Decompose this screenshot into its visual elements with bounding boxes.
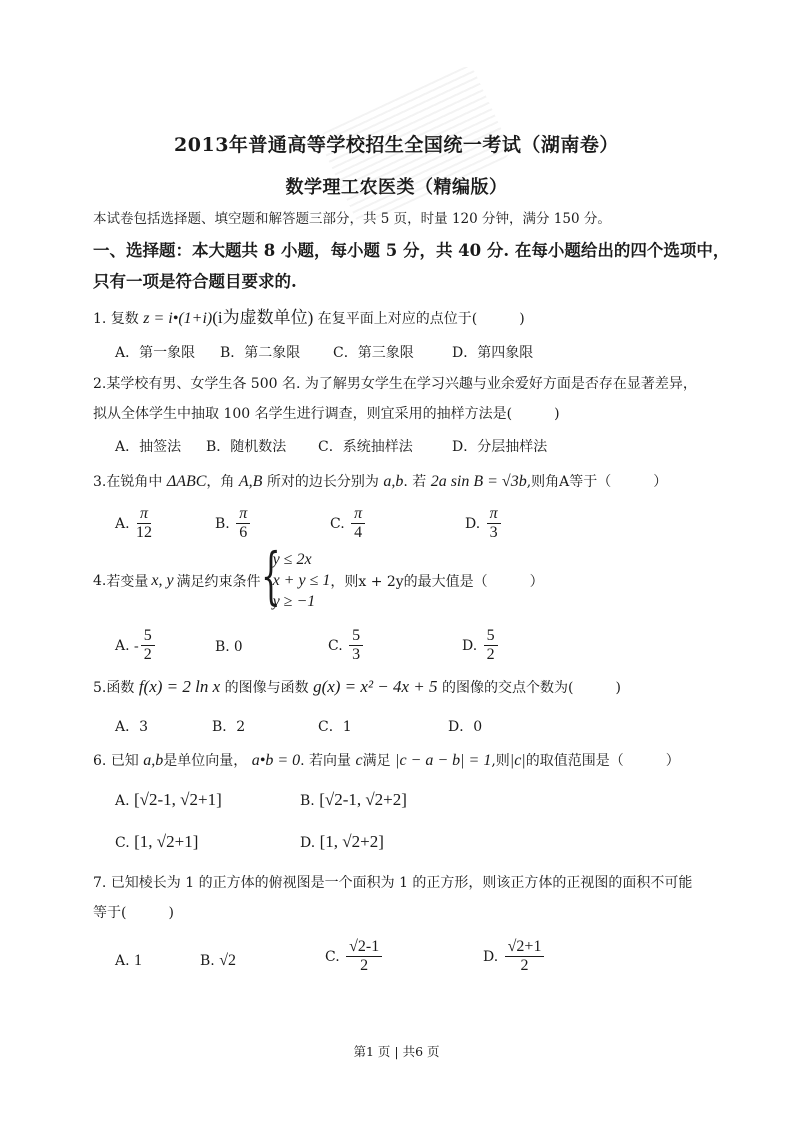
- fraction: √2+12: [505, 938, 545, 976]
- denominator: 3: [352, 646, 360, 664]
- question-7-line2: 等于( ): [93, 902, 174, 922]
- exam-page: 2013年普通高等学校招生全国统一考试（湖南卷） 数学理工农医类（精编版） 本试…: [0, 0, 793, 1122]
- question-text: 满足约束条件: [177, 571, 261, 591]
- question-text: ，角: [206, 474, 234, 490]
- math-expression: 2a sin B = √3b: [431, 473, 527, 490]
- q4-option-d: D. 52: [462, 627, 500, 665]
- question-2-line1: 2.某学校有男、女学生各 500 名. 为了解男女学生在学习兴趣与业余爱好方面是…: [93, 373, 697, 393]
- option-label: C.: [115, 835, 130, 851]
- question-3: 3.在锐角中 ΔABC，角 A,B 所对的边长分别为 a,b. 若 2a sin…: [93, 471, 667, 491]
- question-6: 6. 已知 a,b是单位向量， a•b = 0. 若向量 c满足 |c − a …: [93, 750, 680, 770]
- q5-option-b: B．2: [212, 716, 245, 736]
- question-text: 在复平面上对应的点位于( ): [318, 311, 525, 327]
- exam-title: 2013年普通高等学校招生全国统一考试（湖南卷）: [0, 130, 793, 157]
- fraction: √2-12: [346, 938, 382, 976]
- constraint: y ≤ 2x: [273, 549, 331, 570]
- denominator: 2: [487, 646, 495, 664]
- section-heading-line1: 一、选择题：本大题共 8 小题，每小题 5 分，共 40 分. 在每小题给出的四…: [93, 237, 729, 261]
- question-text: 所对的边长分别为: [267, 474, 379, 490]
- question-text: 的图像的交点个数为( ): [442, 680, 621, 696]
- math-expression: g(x) = x² − 4x + 5: [313, 677, 437, 696]
- question-text: 是单位向量，: [163, 753, 247, 769]
- q7-option-a: A. 1: [115, 952, 142, 970]
- denominator: 2: [521, 957, 529, 975]
- math-expression: z = i•(1+i): [143, 310, 212, 327]
- question-4: 4.若变量 x, y 满足约束条件 { y ≤ 2x x + y ≤ 1 y ≥…: [93, 549, 544, 612]
- option-label: D.: [462, 638, 477, 654]
- question-7-line1: 7. 已知棱长为 1 的正方体的俯视图是一个面积为 1 的正方形，则该正方体的正…: [93, 872, 692, 892]
- q2-option-a: A．抽签法: [115, 436, 181, 456]
- q6-option-b: B. [√2-1, √2+2]: [300, 790, 407, 810]
- question-text: 函数: [106, 680, 134, 696]
- math-expression: c: [355, 752, 362, 769]
- numerator: 5: [349, 627, 363, 646]
- question-number: 5.: [93, 680, 106, 696]
- numerator: π: [236, 505, 250, 524]
- question-text: 已知棱长为 1 的正方体的俯视图是一个面积为 1 的正方形，则该正方体的正视图的…: [111, 875, 693, 891]
- math-expression: |c − a − b| = 1: [395, 752, 491, 769]
- option-label: C.: [330, 516, 345, 532]
- denominator: 2: [144, 646, 152, 664]
- fraction: 52: [484, 627, 498, 665]
- question-text: ，则x + 2y的最大值是（ ）: [330, 571, 543, 591]
- q1-option-b: B．第二象限: [220, 342, 300, 362]
- q5-option-a: A．3: [115, 716, 148, 736]
- question-number: 6.: [93, 753, 106, 769]
- left-brace-icon: {: [261, 545, 281, 607]
- denominator: 12: [136, 524, 152, 542]
- question-number: 3.: [93, 474, 106, 490]
- option-value: [√2-1, √2+2]: [319, 790, 407, 809]
- fraction: π6: [236, 505, 250, 543]
- question-text: 的图像与函数: [225, 680, 309, 696]
- q4-option-a: A. -52: [115, 627, 157, 665]
- question-number: 2.: [93, 376, 106, 392]
- q3-option-a: A. π12: [115, 505, 154, 543]
- denominator: 4: [354, 524, 362, 542]
- option-value: 0: [234, 638, 242, 655]
- exam-subtitle: 数学理工农医类（精编版）: [0, 173, 793, 199]
- fraction: 52: [141, 627, 155, 665]
- math-expression: ΔABC: [167, 473, 207, 490]
- exam-intro: 本试卷包括选择题、填空题和解答题三部分，共 5 页，时量 120 分钟，满分 1…: [93, 207, 611, 227]
- question-text: ,则角A等于（ ）: [527, 474, 668, 490]
- fraction: π4: [351, 505, 365, 543]
- math-expression: a,b: [383, 473, 403, 490]
- math-expression: x, y: [151, 572, 173, 590]
- option-value: 1: [134, 952, 142, 969]
- fraction: π3: [487, 505, 501, 543]
- numerator: π: [351, 505, 365, 524]
- option-value: [1, √2+2]: [320, 832, 384, 851]
- q1-option-d: D．第四象限: [452, 342, 533, 362]
- q7-option-b: B. √2: [200, 952, 236, 970]
- question-text: 某学校有男、女学生各 500 名. 为了解男女学生在学习兴趣与业余爱好方面是否存…: [106, 376, 697, 392]
- question-text: 的取值范围是（ ）: [526, 753, 680, 769]
- option-label: A.: [115, 953, 130, 969]
- q2-option-b: B．随机数法: [206, 436, 286, 456]
- q6-option-c: C. [1, √2+1]: [115, 832, 198, 852]
- option-value: [√2-1, √2+1]: [134, 790, 222, 809]
- denominator: 2: [360, 957, 368, 975]
- question-text: 若变量: [106, 571, 148, 591]
- denominator: 6: [239, 524, 247, 542]
- math-expression: A,B: [239, 473, 263, 490]
- q7-option-c: C. √2-12: [325, 938, 384, 976]
- math-expression: |c|: [510, 752, 526, 769]
- question-text: 在锐角中: [106, 474, 162, 490]
- q6-option-d: D. [1, √2+2]: [300, 832, 384, 852]
- q2-option-c: C．系统抽样法: [318, 436, 413, 456]
- constraint: x + y ≤ 1: [273, 570, 331, 591]
- math-expression: a,b: [143, 752, 163, 769]
- q2-option-d: D．分层抽样法: [452, 436, 547, 456]
- q4-option-c: C. 53: [328, 627, 365, 665]
- option-label: A.: [115, 793, 130, 809]
- question-text: . 若: [403, 474, 426, 490]
- question-2-line2: 拟从全体学生中抽取 100 名学生进行调查，则宜采用的抽样方法是( ): [93, 403, 560, 423]
- section-heading-line2: 只有一项是符合题目要求的.: [93, 268, 297, 292]
- option-value: √2: [219, 952, 236, 969]
- math-expression: f(x) = 2 ln x: [139, 677, 220, 696]
- question-text: ,则: [491, 753, 509, 769]
- numerator: √2+1: [505, 938, 545, 957]
- q3-option-d: D. π3: [465, 505, 503, 543]
- q5-option-c: C．1: [318, 716, 352, 736]
- question-number: 4.: [93, 573, 106, 589]
- question-number: 1.: [93, 311, 106, 327]
- option-label: B.: [215, 516, 230, 532]
- fraction: π12: [136, 505, 152, 543]
- option-label: C.: [325, 949, 340, 965]
- question-5: 5.函数 f(x) = 2 ln x 的图像与函数 g(x) = x² − 4x…: [93, 677, 621, 697]
- fraction: 53: [349, 627, 363, 665]
- constraint: y ≥ −1: [273, 591, 331, 612]
- q5-option-d: D．0: [448, 716, 482, 736]
- option-label: A.: [115, 638, 130, 654]
- minus-sign: -: [134, 639, 139, 654]
- numerator: π: [137, 505, 151, 524]
- option-label: D.: [483, 949, 498, 965]
- question-text: 满足: [363, 753, 391, 769]
- denominator: 3: [490, 524, 498, 542]
- question-text: 复数: [111, 311, 139, 327]
- question-1: 1. 复数 z = i•(1+i)(i为虚数单位) 在复平面上对应的点位于( ): [93, 303, 525, 328]
- math-expression: a•b = 0: [252, 752, 300, 769]
- q7-option-d: D. √2+12: [483, 938, 546, 976]
- option-value: [1, √2+1]: [134, 832, 198, 851]
- numerator: 5: [141, 627, 155, 646]
- option-label: B.: [300, 793, 315, 809]
- question-text: 已知: [111, 753, 139, 769]
- q1-option-c: C．第三象限: [333, 342, 414, 362]
- option-label: A.: [115, 516, 130, 532]
- option-label: B.: [200, 953, 215, 969]
- option-label: B.: [215, 639, 230, 655]
- q1-option-a: A．第一象限: [115, 342, 195, 362]
- page-footer: 第1 页 | 共6 页: [0, 1042, 793, 1060]
- numerator: √2-1: [346, 938, 382, 957]
- q3-option-b: B. π6: [215, 505, 252, 543]
- constraint-system: { y ≤ 2x x + y ≤ 1 y ≥ −1: [261, 549, 331, 612]
- question-text: . 若向量: [300, 753, 351, 769]
- option-label: C.: [328, 638, 343, 654]
- option-label: D.: [300, 835, 315, 851]
- q3-option-c: C. π4: [330, 505, 367, 543]
- q6-option-a: A. [√2-1, √2+1]: [115, 790, 222, 810]
- question-number: 7.: [93, 875, 106, 891]
- q4-option-b: B. 0: [215, 638, 242, 656]
- numerator: 5: [484, 627, 498, 646]
- math-note: (i为虚数单位): [212, 308, 313, 327]
- option-label: D.: [465, 516, 480, 532]
- numerator: π: [487, 505, 501, 524]
